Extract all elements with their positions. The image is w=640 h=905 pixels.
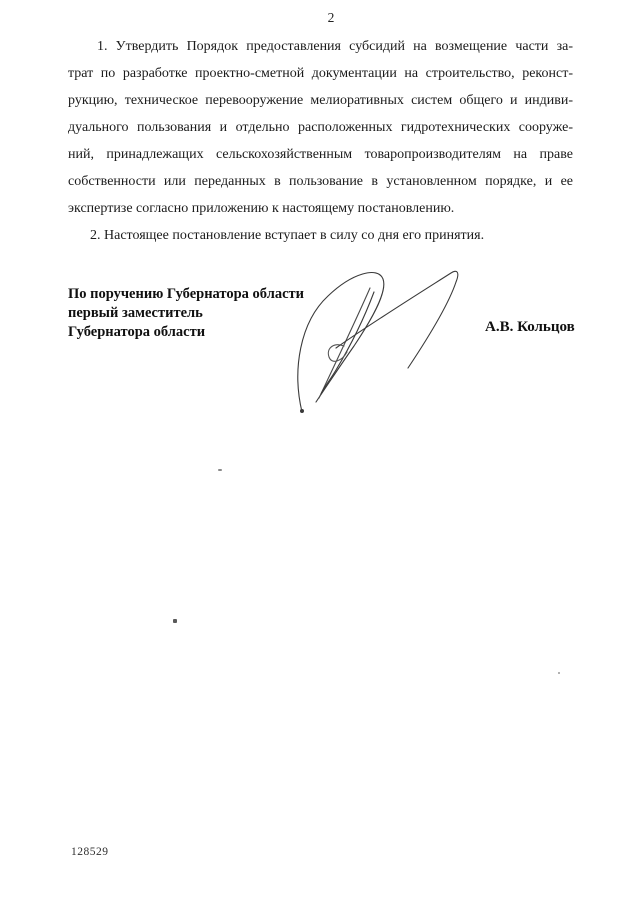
page-number: 2 <box>22 10 640 26</box>
signature-title-line: По поручению Губернатора области <box>68 285 304 304</box>
signature-title-line: Губернатора области <box>68 323 304 342</box>
signatory-name: А.В. Кольцов <box>485 319 575 336</box>
scanned-document-page: 2 1. Утвердить Порядок предоставления су… <box>0 0 640 905</box>
paragraph-1-line: собственности или переданных в пользован… <box>68 168 573 195</box>
scan-speck <box>218 469 222 471</box>
signature-scribble-icon <box>288 258 468 426</box>
paragraph-1-line: экспертизе согласно приложению к настоящ… <box>68 195 573 222</box>
paragraph-1-line: 1. Утвердить Порядок предоставления субс… <box>68 33 573 60</box>
paragraph-1-line: трат по разработке проектно-сметной доку… <box>68 60 573 87</box>
document-id: 128529 <box>71 846 109 858</box>
paragraph-1-line: рукцию, техническое перевооружение мелио… <box>68 87 573 114</box>
body-text: 1. Утвердить Порядок предоставления субс… <box>68 33 573 249</box>
signature-title-line: первый заместитель <box>68 304 304 323</box>
paragraph-2-line: 2. Настоящее постановление вступает в си… <box>68 222 573 249</box>
scan-speck <box>173 619 177 623</box>
scan-speck <box>558 672 560 674</box>
paragraph-1-line: дуального пользования и отдельно располо… <box>68 114 573 141</box>
signature-title-block: По поручению Губернатора области первый … <box>68 285 304 342</box>
paragraph-1-line: ний, принадлежащих сельскохозяйственным … <box>68 141 573 168</box>
